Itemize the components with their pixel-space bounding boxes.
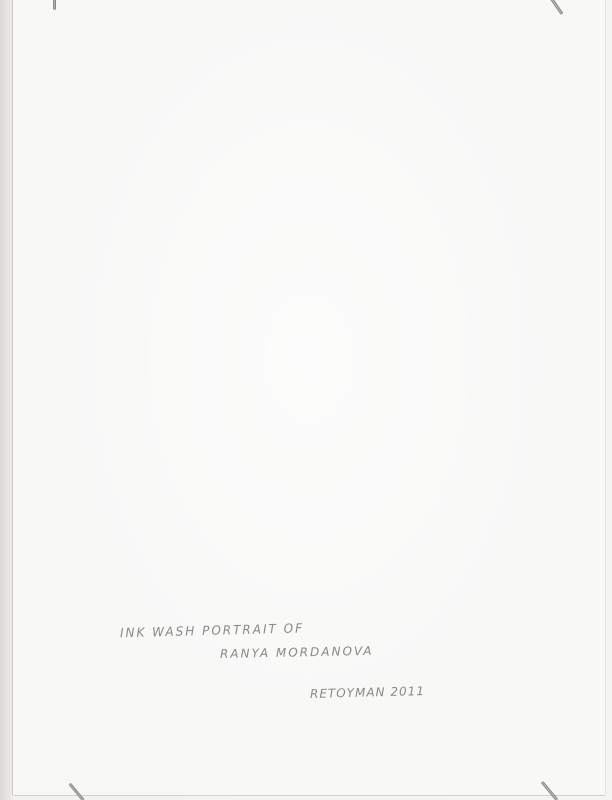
clip-top-left [53, 0, 56, 10]
signature: RETOYMAN 2011 [310, 684, 425, 701]
paper-sheet [13, 0, 605, 795]
